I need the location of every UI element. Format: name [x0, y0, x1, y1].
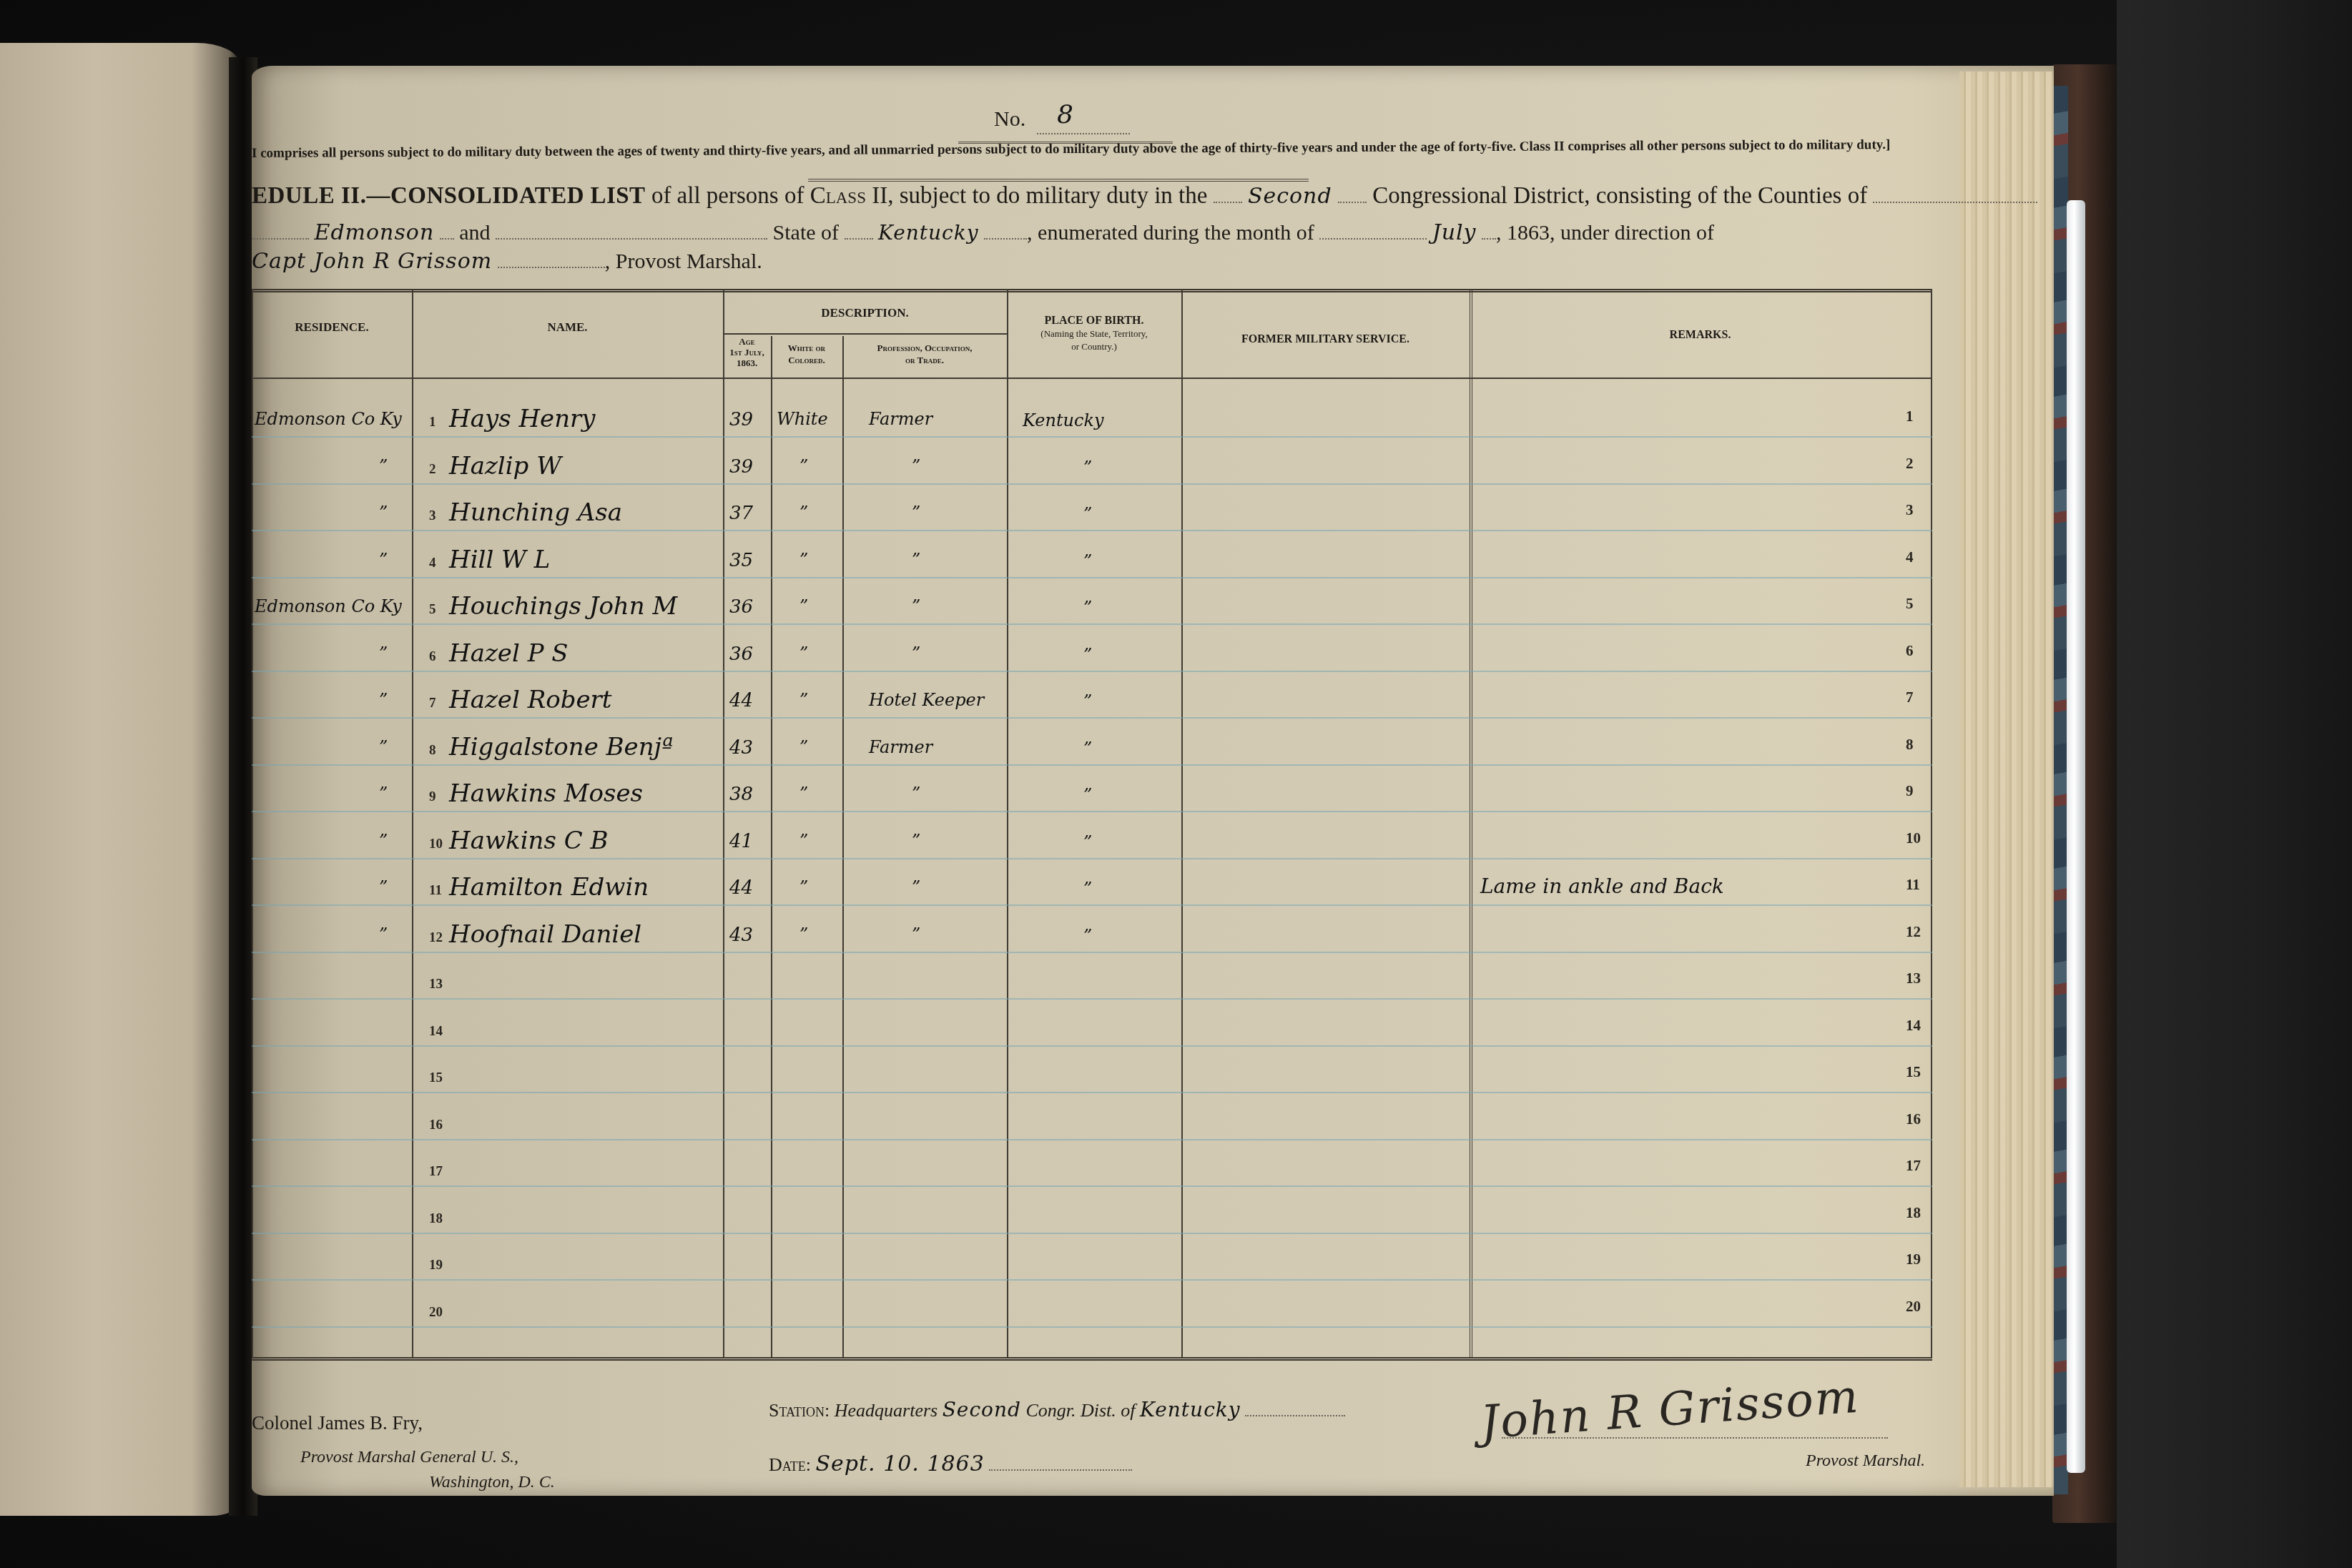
ruling-line [252, 717, 1932, 719]
station-state-field: Kentucky [1140, 1398, 1241, 1421]
row-number-left: 1 [429, 415, 436, 430]
ruling-line [252, 1326, 1932, 1328]
name-cell: Higgalstone Benjª [449, 733, 673, 761]
age-cell: 35 [729, 550, 753, 571]
age-cell: 44 [729, 877, 753, 899]
header-white-or-colored: White or Colored. [771, 342, 842, 366]
residence-cell: Edmonson Co Ky [255, 409, 402, 429]
schedule-title: EDULE II.—CONSOLIDATED [252, 183, 584, 209]
profession-cell: Farmer [869, 737, 933, 757]
color-cell: ” [799, 877, 808, 897]
profession-cell: ” [912, 503, 920, 523]
age-cell: 44 [729, 690, 753, 711]
residence-cell: ” [379, 644, 388, 664]
birth-place-cell: ” [1083, 598, 1092, 618]
residence-cell: ” [379, 784, 388, 804]
name-cell: Hamilton Edwin [449, 873, 649, 902]
age-cell: 39 [729, 456, 753, 478]
row-number-right: 2 [1906, 455, 1914, 473]
name-cell: Hill W L [449, 546, 550, 574]
row-number-right: 11 [1906, 876, 1920, 894]
header-birth-l1: PLACE OF BIRTH. [1007, 315, 1181, 327]
ruling-line [252, 1185, 1932, 1187]
name-cell: Hunching Asa [449, 498, 622, 527]
ruling-line [252, 1279, 1932, 1281]
date-line: Date: Sept. 10. 1863 [769, 1451, 1132, 1476]
ruling-line [252, 1139, 1932, 1140]
age-cell: 41 [729, 831, 753, 852]
age-cell: 36 [729, 596, 753, 618]
col-line [1007, 289, 1008, 1357]
ruling-line [252, 998, 1932, 1000]
month-field: July [1432, 220, 1477, 245]
page-stack-edges [2067, 200, 2085, 1473]
name-cell: Hoofnail Daniel [449, 920, 641, 949]
row-number-right: 15 [1906, 1063, 1921, 1081]
addressee: Colonel James B. Fry, [252, 1412, 423, 1434]
addressee-title: Provost Marshal General U. S., [300, 1448, 518, 1467]
page-number-label: No. [994, 107, 1025, 132]
header-remarks: REMARKS. [1470, 329, 1931, 342]
date-label: Date: [769, 1454, 811, 1475]
col-line [1470, 289, 1472, 1357]
station-hq: Headquarters [835, 1400, 938, 1421]
name-cell: Hawkins Moses [449, 779, 643, 808]
header-prof-l1: Profession, Occupation, [842, 342, 1007, 354]
signature-line [1502, 1437, 1888, 1439]
header-birth-l2: (Naming the State, Territory, [1007, 327, 1181, 340]
birth-place-cell: ” [1083, 926, 1092, 946]
station-label: Station: [769, 1400, 830, 1421]
name-cell: Hazel P S [449, 639, 569, 668]
profession-cell: Hotel Keeper [869, 690, 984, 710]
header-age: Age 1st July, 1863. [723, 336, 771, 368]
row-number-left: 19 [429, 1258, 443, 1273]
row-number-left: 3 [429, 508, 436, 524]
row-number-right: 1 [1906, 408, 1914, 425]
residence-cell: ” [379, 831, 388, 851]
list-word: LIST [590, 183, 645, 209]
residence-cell: Edmonson Co Ky [255, 596, 402, 616]
name-cell: Hawkins C B [449, 827, 608, 855]
header-residence: RESIDENCE. [252, 320, 412, 335]
table-surface [2117, 0, 2352, 1568]
ruling-line [252, 811, 1932, 812]
remarks-cell: Lame in ankle and Back [1480, 874, 1724, 898]
row-number-left: 14 [429, 1024, 443, 1040]
residence-cell: ” [379, 456, 388, 476]
title-text-3: Congressional District, consisting of th… [1372, 183, 1867, 209]
ruling-line [252, 1233, 1932, 1234]
ruling-line [252, 764, 1932, 766]
color-cell: ” [799, 784, 808, 804]
row-number-right: 12 [1906, 923, 1921, 941]
ruling-line [252, 1045, 1932, 1047]
addressee-location: Washington, D. C. [429, 1473, 555, 1492]
residence-cell: ” [379, 550, 388, 570]
birth-place-cell: ” [1083, 458, 1092, 478]
station-line: Station: Headquarters Second Congr. Dist… [769, 1398, 1345, 1421]
row-number-left: 16 [429, 1118, 443, 1133]
header-description: DESCRIPTION. [723, 306, 1007, 320]
class-label: Class II [810, 183, 887, 209]
header-age-l1: Age [723, 336, 771, 347]
row-number-left: 2 [429, 462, 436, 478]
color-cell: ” [799, 456, 808, 476]
ruling-line [252, 577, 1932, 578]
left-page-blank [0, 43, 240, 1516]
col-line [1931, 289, 1932, 1357]
county-state-line: Edmonson and State of Kentucky , enumera… [252, 220, 1714, 245]
station-district-field: Second [943, 1398, 1021, 1421]
row-number-right: 16 [1906, 1110, 1921, 1128]
page-number-value: 8 [1057, 100, 1074, 129]
state-label: State of [773, 221, 839, 245]
ruling-line [252, 483, 1932, 485]
header-wc-l1: White or [771, 342, 842, 354]
and-word: and [459, 221, 490, 245]
row-number-left: 6 [429, 649, 436, 665]
header-place-of-birth: PLACE OF BIRTH. (Naming the State, Terri… [1007, 315, 1181, 353]
schedule-title-line: EDULE II.—CONSOLIDATED LIST of all perso… [252, 183, 2037, 209]
header-profession: Profession, Occupation, or Trade. [842, 342, 1007, 366]
name-cell: Hazel Robert [449, 686, 612, 714]
ruling-line [252, 671, 1932, 672]
row-number-right: 19 [1906, 1251, 1921, 1268]
col-line [723, 289, 724, 1357]
row-number-left: 13 [429, 977, 443, 992]
residence-cell: ” [379, 737, 388, 757]
row-number-left: 15 [429, 1070, 443, 1086]
birth-place-cell: ” [1083, 739, 1092, 759]
marshal-label: , Provost Marshal. [605, 250, 762, 273]
birth-place-cell: Kentucky [1023, 410, 1104, 430]
age-cell: 36 [729, 644, 753, 665]
name-cell: Hazlip W [449, 452, 561, 480]
row-number-left: 7 [429, 696, 436, 711]
title-text-1: of all persons of [651, 183, 804, 209]
page-number-fill-line [1037, 133, 1130, 134]
birth-place-cell: ” [1083, 879, 1092, 899]
ruling-line [252, 436, 1932, 438]
row-number-right: 9 [1906, 782, 1914, 800]
color-cell: ” [799, 831, 808, 851]
age-cell: 38 [729, 784, 753, 805]
age-cell: 43 [729, 737, 753, 759]
col-line [771, 336, 772, 1357]
header-age-l2: 1st July, [723, 347, 771, 358]
color-cell: ” [799, 737, 808, 757]
col-line [842, 336, 844, 1357]
birth-place-cell: ” [1083, 691, 1092, 711]
row-number-right: 13 [1906, 970, 1921, 987]
row-number-right: 7 [1906, 689, 1914, 706]
row-number-left: 5 [429, 602, 436, 618]
station-congr: Congr. Dist. of [1025, 1400, 1135, 1421]
row-number-right: 4 [1906, 548, 1914, 566]
header-name: NAME. [412, 320, 723, 335]
profession-cell: ” [912, 456, 920, 476]
profession-cell: ” [912, 924, 920, 945]
row-number-left: 9 [429, 789, 436, 805]
color-cell: ” [799, 690, 808, 710]
residence-cell: ” [379, 924, 388, 945]
col-line [252, 289, 253, 1357]
state-field: Kentucky [878, 221, 979, 245]
profession-cell: ” [912, 831, 920, 851]
header-bottom-rule [252, 378, 1932, 379]
ruling-line [252, 1092, 1932, 1093]
signature-title: Provost Marshal. [1806, 1451, 1925, 1471]
row-number-left: 10 [429, 837, 443, 852]
row-number-right: 14 [1906, 1017, 1921, 1035]
row-number-left: 17 [429, 1164, 443, 1180]
profession-cell: ” [912, 550, 920, 570]
header-former-military-service: FORMER MILITARY SERVICE. [1181, 333, 1470, 346]
county-field: Edmonson [315, 220, 435, 245]
profession-cell: ” [912, 644, 920, 664]
header-birth-l3: or Country.) [1007, 340, 1181, 353]
residence-cell: ” [379, 690, 388, 710]
header-age-l3: 1863. [723, 358, 771, 368]
row-number-left: 18 [429, 1211, 443, 1227]
row-number-right: 6 [1906, 642, 1914, 660]
residence-cell: ” [379, 503, 388, 523]
col-line [1181, 289, 1183, 1357]
ruling-line [252, 952, 1932, 953]
table-top-border [252, 289, 1932, 292]
birth-place-cell: ” [1083, 832, 1092, 852]
color-cell: ” [799, 503, 808, 523]
row-number-right: 20 [1906, 1298, 1921, 1316]
birth-place-cell: ” [1083, 645, 1092, 665]
profession-cell: ” [912, 596, 920, 616]
district-field: Second [1248, 184, 1332, 209]
header-prof-l2: or Trade. [842, 354, 1007, 366]
age-cell: 43 [729, 924, 753, 946]
row-number-left: 4 [429, 556, 436, 571]
header-wc-l2: Colored. [771, 354, 842, 366]
col-line [412, 289, 413, 1357]
profession-cell: Farmer [869, 409, 933, 429]
profession-cell: ” [912, 877, 920, 897]
ruling-line [252, 858, 1932, 859]
age-cell: 39 [729, 409, 753, 430]
ruling-line [252, 623, 1932, 625]
row-number-left: 11 [429, 883, 442, 899]
year-text: , 1863, under direction of [1496, 221, 1714, 245]
row-number-right: 10 [1906, 829, 1921, 847]
row-number-left: 20 [429, 1305, 443, 1321]
color-cell: White [777, 409, 828, 429]
profession-cell: ” [912, 784, 920, 804]
marshal-field: Capt John R Grissom [252, 249, 492, 274]
row-number-right: 5 [1906, 595, 1914, 613]
birth-place-cell: ” [1083, 504, 1092, 524]
row-number-right: 17 [1906, 1157, 1921, 1175]
color-cell: ” [799, 924, 808, 945]
row-number-right: 8 [1906, 736, 1914, 754]
row-number-left: 8 [429, 743, 436, 759]
table-bottom-border [252, 1357, 1932, 1361]
title-text-2: , subject to do military duty in the [887, 183, 1207, 209]
row-number-left: 12 [429, 930, 443, 946]
residence-cell: ” [379, 877, 388, 897]
birth-place-cell: ” [1083, 551, 1092, 571]
header-double-rule [808, 179, 1309, 182]
row-number-right: 3 [1906, 501, 1914, 519]
name-cell: Houchings John M [449, 592, 677, 621]
color-cell: ” [799, 644, 808, 664]
name-cell: Hays Henry [449, 405, 596, 433]
color-cell: ” [799, 550, 808, 570]
birth-place-cell: ” [1083, 785, 1092, 805]
color-cell: ” [799, 596, 808, 616]
marshal-line: Capt John R Grissom , Provost Marshal. [252, 249, 762, 274]
description-subhead-rule [723, 333, 1007, 335]
ruling-line [252, 904, 1932, 906]
date-field: Sept. 10. 1863 [816, 1451, 985, 1476]
enumerated-text: , enumerated during the month of [1027, 221, 1314, 245]
age-cell: 37 [729, 503, 753, 524]
page-fore-edge [1959, 72, 2052, 1487]
row-number-right: 18 [1906, 1204, 1921, 1222]
ruling-line [252, 530, 1932, 531]
